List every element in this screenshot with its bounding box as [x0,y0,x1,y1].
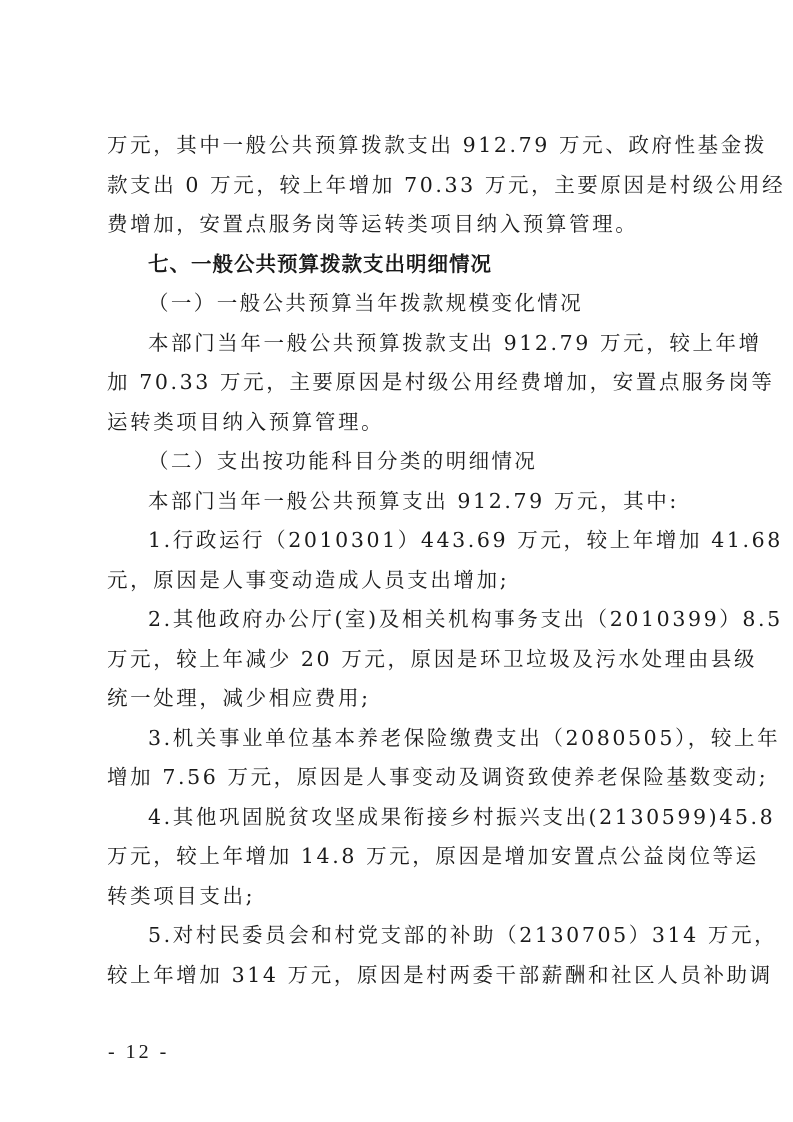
subsection-heading-1: （一）一般公共预算当年拨款规模变化情况 [148,289,692,317]
section-heading-7: 七、一般公共预算拨款支出明细情况 [148,250,692,278]
paragraph-line: 万元，其中一般公共预算拨款支出 912.79 万元、政府性基金拨 [107,131,692,159]
list-item-1-cont: 元，原因是人事变动造成人员支出增加; [107,566,692,594]
paragraph-line: 费增加，安置点服务岗等运转类项目纳入预算管理。 [107,210,692,238]
list-item-5-cont: 较上年增加 314 万元，原因是村两委干部薪酬和社区人员补助调 [107,961,692,989]
list-item-3-cont: 增加 7.56 万元，原因是人事变动及调资致使养老保险基数变动; [107,763,692,791]
document-page: 万元，其中一般公共预算拨款支出 912.79 万元、政府性基金拨 款支出 0 万… [0,0,793,1122]
list-item-4-cont: 转类项目支出; [107,882,692,910]
list-item-5: 5.对村民委员会和村党支部的补助（2130705）314 万元， [148,921,692,949]
paragraph-line: 本部门当年一般公共预算支出 912.79 万元，其中: [148,487,692,515]
list-item-2-cont: 统一处理，减少相应费用; [107,684,692,712]
subsection-heading-2: （二）支出按功能科目分类的明细情况 [148,447,692,475]
list-item-4-cont: 万元，较上年增加 14.8 万元，原因是增加安置点公益岗位等运 [107,842,692,870]
list-item-1: 1.行政运行（2010301）443.69 万元，较上年增加 41.68 万 [148,526,692,554]
page-number: - 12 - [108,1041,169,1064]
paragraph-line: 运转类项目纳入预算管理。 [107,408,692,436]
paragraph-line: 款支出 0 万元，较上年增加 70.33 万元，主要原因是村级公用经 [107,171,692,199]
list-item-3: 3.机关事业单位基本养老保险缴费支出（2080505），较上年 [148,724,692,752]
list-item-2-cont: 万元，较上年减少 20 万元，原因是环卫垃圾及污水处理由县级 [107,645,692,673]
list-item-4: 4.其他巩固脱贫攻坚成果衔接乡村振兴支出(2130599)45.8 [148,803,692,831]
list-item-2: 2.其他政府办公厅(室)及相关机构事务支出（2010399）8.5 [148,605,692,633]
paragraph-line: 本部门当年一般公共预算拨款支出 912.79 万元，较上年增 [148,329,692,357]
paragraph-line: 加 70.33 万元，主要原因是村级公用经费增加，安置点服务岗等 [107,368,692,396]
